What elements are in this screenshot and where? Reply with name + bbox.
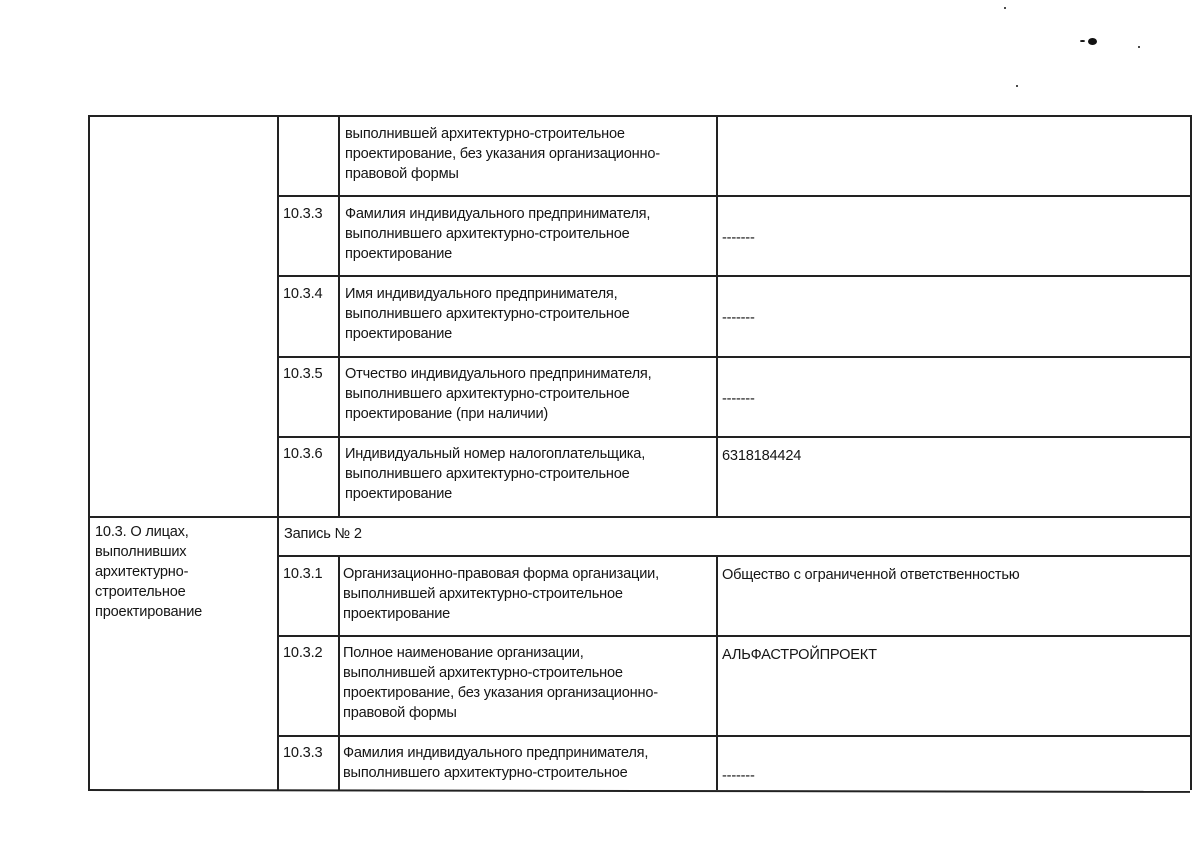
table-border-left — [88, 115, 90, 790]
row-divider — [277, 275, 1190, 277]
row-label: Полное наименование организации, выполни… — [343, 643, 713, 723]
row-divider — [277, 195, 1190, 197]
row-value: Общество с ограниченной ответственностью — [722, 565, 1019, 585]
row-divider — [277, 356, 1190, 358]
section-divider — [88, 516, 1190, 518]
row-value: ------- — [722, 766, 755, 786]
row-label: Организационно-правовая форма организаци… — [343, 564, 713, 624]
row-divider — [277, 436, 1190, 438]
row-divider — [277, 735, 1190, 737]
row-label: Отчество индивидуального предпринимателя… — [345, 364, 713, 424]
row-value: АЛЬФАСТРОЙПРОЕКТ — [722, 645, 877, 665]
row-label: Фамилия индивидуального предпринимателя,… — [345, 204, 713, 264]
row-label: Имя индивидуального предпринимателя, вып… — [345, 284, 713, 344]
row-value: 6318184424 — [722, 446, 801, 466]
row-value: ------- — [722, 389, 755, 409]
col-divider — [338, 555, 340, 790]
col-divider — [716, 115, 718, 516]
row-code: 10.3.4 — [283, 284, 322, 304]
table-border-right — [1190, 115, 1192, 790]
table-border-bottom — [88, 789, 1190, 792]
col-divider — [338, 115, 340, 516]
row-code: 10.3.2 — [283, 643, 322, 663]
row-divider — [277, 555, 1190, 557]
row-divider — [277, 635, 1190, 637]
col-divider — [277, 115, 279, 790]
scan-speck — [1016, 85, 1018, 87]
section-label: 10.3. О лицах, выполнивших архитектурно-… — [95, 522, 273, 622]
scan-speck — [1004, 7, 1006, 9]
row-code: 10.3.6 — [283, 444, 322, 464]
row-code: 10.3.1 — [283, 564, 322, 584]
record-title: Запись № 2 — [284, 524, 362, 544]
scan-speck — [1138, 46, 1140, 48]
continuation-label: выполнившей архитектурно-строительное пр… — [345, 124, 713, 184]
row-code: 10.3.5 — [283, 364, 322, 384]
col-divider — [716, 555, 718, 790]
scan-speck — [1088, 38, 1097, 45]
row-code: 10.3.3 — [283, 204, 322, 224]
row-value: ------- — [722, 228, 755, 248]
row-label: Индивидуальный номер налогоплательщика, … — [345, 444, 713, 504]
row-label: Фамилия индивидуального предпринимателя,… — [343, 743, 713, 783]
table-border-top — [88, 115, 1190, 117]
row-code: 10.3.3 — [283, 743, 322, 763]
row-value: ------- — [722, 308, 755, 328]
scan-speck — [1080, 40, 1085, 42]
